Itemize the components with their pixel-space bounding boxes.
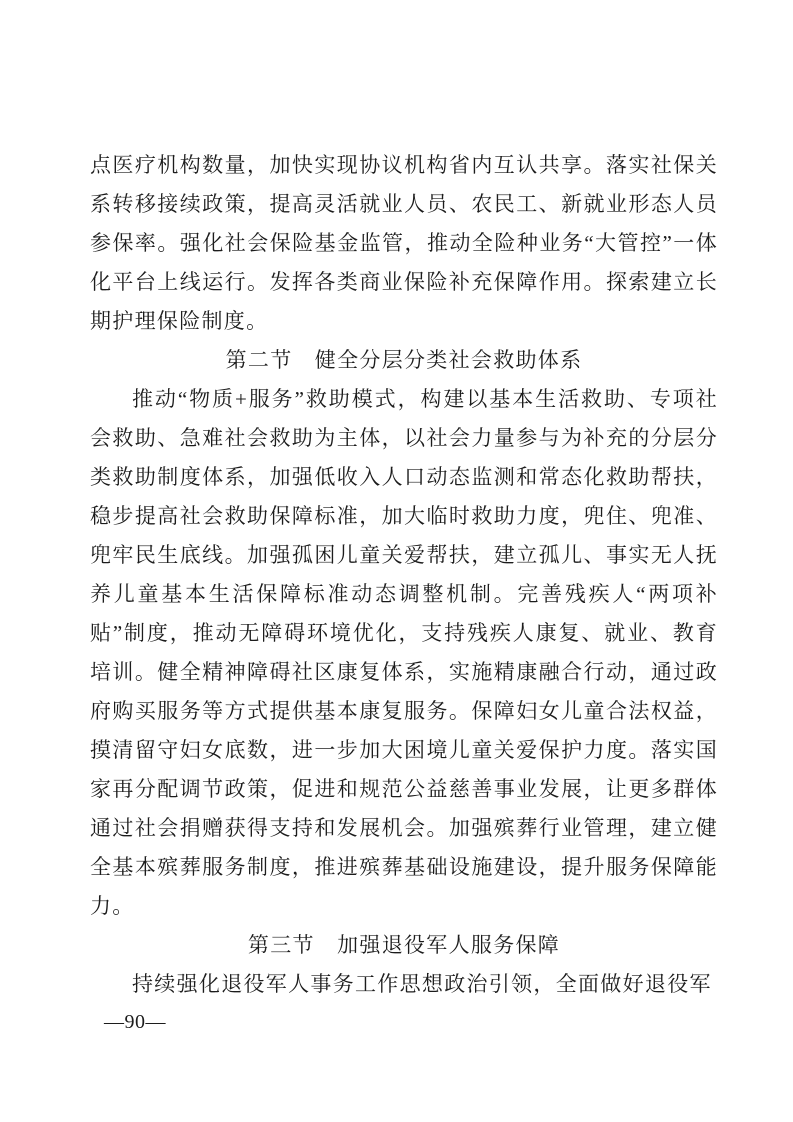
- document-page: 点医疗机构数量，加快实现协议机构省内互认共享。落实社保关系转移接续政策，提高灵活…: [0, 0, 793, 1122]
- page-content: 点医疗机构数量，加快实现协议机构省内互认共享。落实社保关系转移接续政策，提高灵活…: [90, 146, 718, 1004]
- section-3-paragraph: 持续强化退役军人事务工作思想政治引领，全面做好退役军: [90, 965, 718, 1004]
- section-2-heading: 第二节 健全分层分类社会救助体系: [90, 341, 718, 380]
- page-number: —90—: [104, 1010, 166, 1034]
- continuation-paragraph: 点医疗机构数量，加快实现协议机构省内互认共享。落实社保关系转移接续政策，提高灵活…: [90, 146, 718, 341]
- section-2-paragraph: 推动“物质+服务”救助模式，构建以基本生活救助、专项社会救助、急难社会救助为主体…: [90, 380, 718, 926]
- section-3-heading: 第三节 加强退役军人服务保障: [90, 926, 718, 965]
